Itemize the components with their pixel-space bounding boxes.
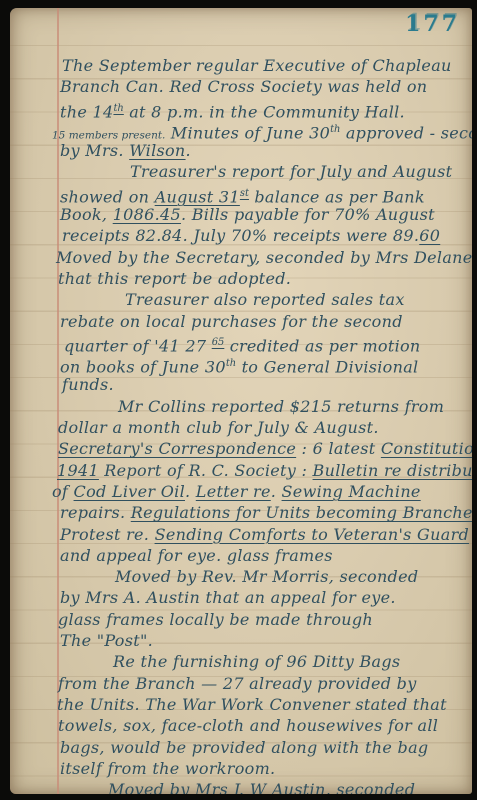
handwriting-segment: and appeal for eye. glass frames bbox=[60, 546, 333, 565]
handwritten-line: of Cod Liver Oil. Letter re. Sewing Mach… bbox=[52, 481, 470, 502]
handwritten-line: Book, 1086.45. Bills payable for 70% Aug… bbox=[60, 204, 470, 225]
handwriting-segment: rebate on local purchases for the second bbox=[60, 312, 403, 331]
handwriting-segment: Bulletin re distribution bbox=[313, 461, 472, 480]
handwriting-segment: from the Branch — 27 already provided by bbox=[58, 674, 417, 693]
handwriting-segment: Moved by the Secretary, seconded by Mrs … bbox=[56, 248, 472, 267]
handwriting-segment: Cod Liver Oil bbox=[74, 482, 185, 501]
scanned-document: 177 The September regular Executive of C… bbox=[0, 0, 477, 800]
handwritten-line: 1941 Report of R. C. Society : Bulletin … bbox=[57, 460, 470, 481]
handwriting-segment: to General Divisional bbox=[236, 357, 418, 376]
handwriting-segment: th bbox=[330, 124, 340, 135]
handwriting-segment: 1086.45 bbox=[113, 205, 181, 224]
handwriting-segment: Sending Comforts to Veteran's Guard bbox=[155, 525, 470, 544]
handwriting-segment: th bbox=[113, 103, 123, 114]
handwriting-segment: repairs. bbox=[60, 503, 131, 522]
handwriting-segment: Moved by Mrs J. W Austin, seconded bbox=[108, 780, 415, 794]
handwriting-segment: Branch Can. Red Cross Society was held o… bbox=[60, 77, 427, 96]
handwritten-line: on books of June 30th to General Divisio… bbox=[60, 353, 470, 374]
handwriting-segment: bags, would be provided along with the b… bbox=[60, 738, 428, 757]
handwritten-line: funds. bbox=[62, 374, 470, 395]
handwritten-line: glass frames locally be made through bbox=[58, 609, 470, 630]
handwriting-segment: Treasurer also reported sales tax bbox=[125, 290, 405, 309]
handwritten-line: that this report be adopted. bbox=[58, 268, 470, 289]
handwritten-line: The September regular Executive of Chapl… bbox=[62, 55, 470, 76]
handwriting-segment: Report of R. C. Society : bbox=[99, 461, 313, 480]
handwritten-line: Secretary's Correspondence : 6 latest Co… bbox=[58, 438, 470, 459]
handwritten-line: Moved by Mrs J. W Austin, seconded bbox=[108, 779, 470, 794]
handwriting-segment: funds. bbox=[62, 375, 114, 394]
handwriting-segment: . bbox=[185, 482, 196, 501]
handwritten-line: the Units. The War Work Convener stated … bbox=[57, 694, 470, 715]
handwritten-line: itself from the workroom. bbox=[60, 758, 470, 779]
handwritten-line: bags, would be provided along with the b… bbox=[60, 737, 470, 758]
handwritten-line: Re the furnishing of 96 Ditty Bags bbox=[113, 651, 470, 672]
handwriting-segment: Sewing Machine bbox=[282, 482, 421, 501]
handwriting-segment: that this report be adopted. bbox=[58, 269, 291, 288]
handwriting-segment: dollar a month club for July & August. bbox=[58, 418, 379, 437]
handwriting-segment: of bbox=[52, 482, 74, 501]
handwritten-line: repairs. Regulations for Units becoming … bbox=[60, 502, 470, 523]
handwritten-line: 15 members present. Minutes of June 30th… bbox=[52, 119, 470, 140]
handwriting: The September regular Executive of Chapl… bbox=[60, 55, 470, 794]
handwriting-segment: towels, sox, face-cloth and housewives f… bbox=[58, 716, 438, 735]
handwriting-segment: itself from the workroom. bbox=[60, 759, 275, 778]
handwritten-line: Branch Can. Red Cross Society was held o… bbox=[60, 76, 470, 97]
handwritten-line: Treasurer also reported sales tax bbox=[125, 289, 470, 310]
handwriting-segment: Letter re bbox=[196, 482, 271, 501]
handwriting-segment: Protest re. bbox=[60, 525, 155, 544]
handwriting-segment: by Mrs. bbox=[60, 141, 129, 160]
handwriting-segment: Constitutions bbox=[381, 439, 472, 458]
handwritten-line: towels, sox, face-cloth and housewives f… bbox=[58, 715, 470, 736]
handwritten-line: by Mrs A. Austin that an appeal for eye. bbox=[60, 587, 470, 608]
handwritten-line: Moved by Rev. Mr Morris, seconded bbox=[115, 566, 470, 587]
handwriting-segment: . bbox=[271, 482, 282, 501]
handwriting-segment: Mr Collins reported $215 returns from bbox=[118, 397, 444, 416]
handwriting-segment: Treasurer's report for July and August bbox=[130, 162, 452, 181]
handwriting-segment: Moved by Rev. Mr Morris, seconded bbox=[115, 567, 418, 586]
page-number-stamp: 177 bbox=[405, 11, 460, 37]
handwriting-segment: Wilson bbox=[129, 141, 185, 160]
handwritten-line: dollar a month club for July & August. bbox=[58, 417, 470, 438]
handwritten-line: Moved by the Secretary, seconded by Mrs … bbox=[56, 247, 470, 268]
handwritten-line: Treasurer's report for July and August bbox=[130, 161, 470, 182]
handwriting-segment: The September regular Executive of Chapl… bbox=[62, 56, 452, 75]
handwritten-line: The "Post". bbox=[60, 630, 470, 651]
handwritten-line: receipts 82.84. July 70% receipts were 8… bbox=[62, 225, 470, 246]
handwriting-segment: approved - seconded bbox=[340, 123, 472, 142]
handwritten-line: showed on August 31st balance as per Ban… bbox=[60, 183, 470, 204]
handwriting-segment: st bbox=[240, 188, 249, 199]
handwriting-segment: 65 bbox=[212, 337, 225, 348]
handwritten-line: rebate on local purchases for the second bbox=[60, 311, 470, 332]
handwritten-line: from the Branch — 27 already provided by bbox=[58, 673, 470, 694]
handwriting-segment: : 6 latest bbox=[296, 439, 381, 458]
handwriting-segment: 1941 bbox=[57, 461, 99, 480]
handwriting-segment: th bbox=[226, 358, 236, 369]
handwritten-line: Protest re. Sending Comforts to Veteran'… bbox=[60, 524, 470, 545]
handwritten-line: by Mrs. Wilson. bbox=[60, 140, 470, 161]
handwritten-line: quarter of '41 27 65 credited as per mot… bbox=[64, 332, 470, 353]
handwriting-segment: by Mrs A. Austin that an appeal for eye. bbox=[60, 588, 396, 607]
handwriting-segment: Re the furnishing of 96 Ditty Bags bbox=[113, 652, 400, 671]
handwriting-segment: glass frames locally be made through bbox=[58, 610, 373, 629]
handwritten-line: the 14th at 8 p.m. in the Community Hall… bbox=[60, 98, 470, 119]
handwriting-segment: The "Post". bbox=[60, 631, 153, 650]
handwriting-segment: Regulations for Units becoming Branches bbox=[131, 503, 472, 522]
handwriting-segment: . Bills payable for 70% August bbox=[181, 205, 435, 224]
handwriting-segment: . bbox=[186, 141, 191, 160]
notebook-page: 177 The September regular Executive of C… bbox=[10, 8, 472, 794]
handwriting-segment: 60 bbox=[419, 226, 440, 245]
handwritten-line: and appeal for eye. glass frames bbox=[60, 545, 470, 566]
handwriting-segment: the Units. The War Work Convener stated … bbox=[57, 695, 447, 714]
handwriting-segment: Secretary's Correspondence bbox=[58, 439, 296, 458]
handwriting-segment: Book, bbox=[60, 205, 113, 224]
handwritten-line: Mr Collins reported $215 returns from bbox=[118, 396, 470, 417]
handwriting-segment: receipts 82.84. July 70% receipts were 8… bbox=[62, 226, 419, 245]
